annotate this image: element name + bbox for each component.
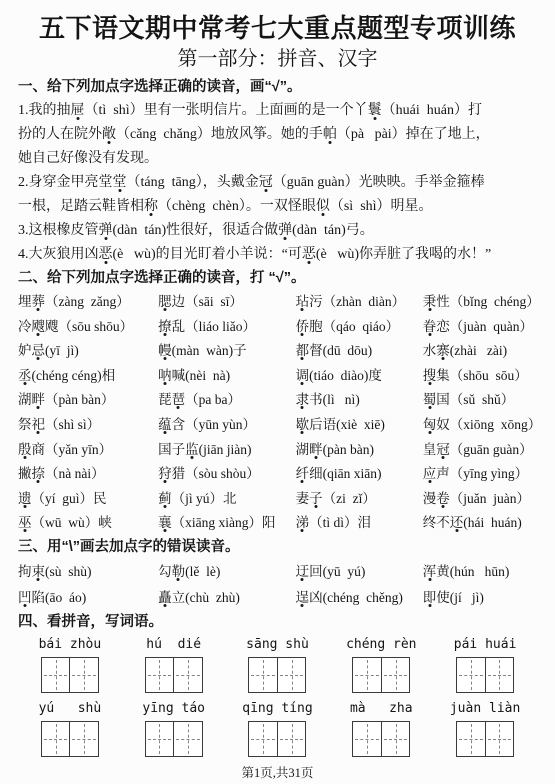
emphasis-dot-char: 帕: [323, 127, 337, 142]
writing-grid-cell: [249, 658, 277, 692]
emphasis-dot-char: 勒: [172, 564, 186, 579]
exercise-line: 1.我的抽屉（tì shì）里有一张明信片。上面画的是一个丫鬟（huái huá…: [18, 99, 537, 123]
writing-grid-cell: [485, 658, 514, 692]
word-choice-item: 即使(jí jì): [423, 585, 537, 611]
word-choice-item: 妒忌(yī jì): [18, 339, 158, 364]
section-one: 一、给下列加点字选择正确的读音，画“√”。 1.我的抽屉（tì shì）里有一张…: [18, 76, 537, 267]
writing-grid: [352, 721, 410, 757]
word-choice-item: 隶书(lì nì): [296, 388, 423, 413]
word-choice-item: 蓟（jì yú）北: [158, 487, 296, 512]
emphasis-dot-char: 屉: [71, 103, 85, 118]
emphasis-dot-char: 秉: [423, 294, 437, 309]
emphasis-dot-char: 鬟: [368, 103, 382, 118]
writing-grid-cell: [42, 722, 70, 756]
emphasis-dot-char: 卷: [436, 491, 450, 506]
writing-grid: [248, 721, 306, 757]
emphasis-dot-char: 寨: [436, 343, 450, 358]
pinyin-label: chéng rèn: [329, 636, 433, 654]
word-choice-item: 调(tiáo diào)度: [296, 364, 423, 389]
word-choice-item: 殷商（yǎn yīn）: [18, 438, 158, 463]
section-four: 四、看拼音，写词语。 bái zhòuhú diésāng shùchéng r…: [18, 611, 537, 764]
word-choice-item: 矗立(chù zhù): [158, 585, 296, 611]
emphasis-dot-char: 襄: [158, 515, 172, 530]
emphasis-dot-char: 称: [144, 199, 158, 214]
word-choice-item: 逞凶(chéng chěng): [296, 585, 423, 611]
emphasis-dot-char: 子: [309, 491, 323, 506]
emphasis-dot-char: 浑: [423, 564, 437, 579]
word-choice-item: 襄（xiāng xiàng）阳: [158, 511, 296, 536]
exercise-line: 扮的人在院外敞（cǎng chǎng）地放风筝。她的手帕（pà pài）掉在了地…: [18, 123, 537, 147]
emphasis-dot-char: 畔: [32, 392, 46, 407]
pinyin-label: pái huái: [433, 636, 537, 654]
pinyin-label: sāng shù: [226, 636, 330, 654]
writing-grid-cell: [173, 722, 202, 756]
emphasis-dot-char: 琶: [172, 392, 186, 407]
writing-grid: [145, 721, 203, 757]
emphasis-dot-char: 忌: [32, 343, 46, 358]
writing-grid-cell: [249, 722, 277, 756]
word-choice-item: 凹陷(āo áo): [18, 585, 158, 611]
emphasis-dot-char: 冠: [436, 442, 450, 457]
writing-grid: [145, 657, 203, 693]
word-choice-item: 眷恋（juàn quàn）: [423, 315, 537, 340]
emphasis-dot-char: 幔: [158, 343, 172, 358]
pinyin-label: bái zhòu: [18, 636, 122, 654]
emphasis-dot-char: 逞: [296, 590, 310, 605]
emphasis-dot-char: 调: [296, 368, 310, 383]
word-choice-item: 湖畔（pàn bàn）: [18, 388, 158, 413]
emphasis-dot-char: 迂: [296, 564, 310, 579]
emphasis-dot-char: 匈: [423, 417, 437, 432]
emphasis-dot-char: 即: [423, 590, 437, 605]
emphasis-dot-char: 监: [185, 442, 199, 457]
word-choice-item: 湖畔(pàn bàn): [296, 438, 423, 463]
word-choice-item: 应声（yīng yìng）: [423, 462, 537, 487]
word-choice-item: 涕（tì dì）泪: [296, 511, 423, 536]
word-choice-item: 妻子（zi zǐ）: [296, 487, 423, 512]
word-choice-item: 搜集（shōu sōu）: [423, 364, 537, 389]
word-choice-item: 浑黄(hún hūn): [423, 559, 537, 585]
writing-grid: [456, 721, 514, 757]
page-subtitle: 第一部分：拼音、汉字: [18, 46, 537, 72]
word-choice-item: 终不还(hái huán): [423, 511, 537, 536]
writing-grid: [41, 721, 99, 757]
emphasis-dot-char: 堂: [113, 175, 127, 190]
writing-grid-cell: [381, 722, 410, 756]
writing-grid: [248, 657, 306, 693]
emphasis-dot-char: 凹: [18, 590, 32, 605]
section-two: 二、给下列加点字选择正确的读音，打 “√”。 埋葬（zàng zǎng）腮边（s…: [18, 267, 537, 536]
word-choice-item: 撩乱（liáo liǎo）: [158, 315, 296, 340]
section-one-heading: 一、给下列加点字选择正确的读音，画“√”。: [18, 76, 537, 99]
word-choice-item: 埋葬（zàng zǎng）: [18, 290, 158, 315]
word-choice-item: 幔(màn wàn)子: [158, 339, 296, 364]
emphasis-dot-char: 搜: [423, 368, 437, 383]
word-choice-item: 侨胞（qáo qiáo）: [296, 315, 423, 340]
word-choice-item: 巫（wū wù）峡: [18, 511, 158, 536]
word-choice-item: 祭祀（shì sì）: [18, 413, 158, 438]
emphasis-dot-char: 纤: [296, 466, 310, 481]
word-choice-item: 都督(dū dōu): [296, 339, 423, 364]
pinyin-label: juàn liàn: [433, 700, 537, 718]
exercise-line: 3.这根橡皮管弹(dàn tán)性很好，很适合做弹(dàn tán)弓。: [18, 219, 537, 243]
emphasis-dot-char: 矗: [158, 590, 172, 605]
emphasis-dot-char: 弹: [278, 223, 292, 238]
writing-grid-cell: [457, 722, 485, 756]
emphasis-dot-char: 蕴: [158, 417, 172, 432]
word-choice-item: 漫卷（juǎn juàn）: [423, 487, 537, 512]
emphasis-dot-char: 呐: [158, 368, 172, 383]
section-two-grid: 埋葬（zàng zǎng）腮边（sāi sī）玷污（zhàn diàn）秉性（b…: [18, 290, 537, 536]
emphasis-dot-char: 蓟: [158, 491, 172, 506]
writing-grid-cell: [42, 658, 70, 692]
writing-grid-cell: [277, 658, 306, 692]
emphasis-dot-char: 歇: [296, 417, 310, 432]
page-number: 第1页,共31页: [18, 764, 537, 784]
emphasis-dot-char: 遗: [18, 491, 32, 506]
pinyin-row: bái zhòuhú diésāng shùchéng rènpái huái: [18, 636, 537, 654]
word-choice-item: 腮边（sāi sī）: [158, 290, 296, 315]
section-four-rows: bái zhòuhú diésāng shùchéng rènpái huáiy…: [18, 636, 537, 757]
pinyin-label: yú shù: [18, 700, 122, 718]
emphasis-dot-char: 殷: [18, 442, 32, 457]
pinyin-label: yīng táo: [122, 700, 226, 718]
writing-grid-row: [18, 657, 537, 693]
emphasis-dot-char: 弹: [99, 223, 113, 238]
word-choice-item: 勾勒(lě lè): [158, 559, 296, 585]
word-choice-item: 琵琶（pa ba）: [158, 388, 296, 413]
word-choice-item: 遗（yí guì）民: [18, 487, 158, 512]
writing-grid: [352, 657, 410, 693]
word-choice-item: 歇后语(xiè xiē): [296, 413, 423, 438]
word-choice-item: 秉性（bǐng chéng）: [423, 290, 537, 315]
writing-grid-cell: [69, 722, 98, 756]
word-choice-item: 匈奴（xiōng xōng）: [423, 413, 537, 438]
writing-grid-cell: [173, 658, 202, 692]
pinyin-label: qīng tíng: [226, 700, 330, 718]
emphasis-dot-char: 隶: [296, 392, 310, 407]
writing-grid: [456, 657, 514, 693]
emphasis-dot-char: 丞: [18, 368, 32, 383]
pinyin-label: mà zha: [329, 700, 433, 718]
writing-grid-cell: [277, 722, 306, 756]
emphasis-dot-char: 恶: [99, 247, 113, 262]
writing-grid-cell: [146, 658, 174, 692]
emphasis-dot-char: 祀: [32, 417, 46, 432]
emphasis-dot-char: 飕: [32, 319, 46, 334]
pinyin-row: yú shùyīng táoqīng tíngmà zhajuàn liàn: [18, 700, 537, 718]
writing-grid-cell: [485, 722, 514, 756]
worksheet-page: 五下语文期中常考七大重点题型专项训练 第一部分：拼音、汉字 一、给下列加点字选择…: [0, 0, 555, 784]
word-choice-item: 迂回(yū yú): [296, 559, 423, 585]
emphasis-dot-char: 巫: [18, 515, 32, 530]
word-choice-item: 拘束(sù shù): [18, 559, 158, 585]
emphasis-dot-char: 侨: [296, 319, 310, 334]
pinyin-label: hú dié: [122, 636, 226, 654]
word-choice-item: 国子监(jiān jiàn): [158, 438, 296, 463]
word-choice-item: 呐喊(nèi nà): [158, 364, 296, 389]
word-choice-item: 冷飕飕（sōu shōu）: [18, 315, 158, 340]
emphasis-dot-char: 应: [423, 466, 437, 481]
word-choice-item: 丞(chéng céng)相: [18, 364, 158, 389]
writing-grid-cell: [69, 658, 98, 692]
writing-grid-cell: [353, 722, 381, 756]
writing-grid: [41, 657, 99, 693]
emphasis-dot-char: 束: [32, 564, 46, 579]
word-choice-item: 皇冠（guān guàn）: [423, 438, 537, 463]
exercise-line: 2.身穿金甲亮堂堂（táng tāng），头戴金冠（guān guàn）光映映。…: [18, 171, 537, 195]
exercise-line: 一根，足踏云鞋皆相称（chèng chèn）。一双怪眼似（sì shì）明星。: [18, 195, 537, 219]
emphasis-dot-char: 狩: [158, 466, 172, 481]
section-two-heading: 二、给下列加点字选择正确的读音，打 “√”。: [18, 267, 537, 290]
writing-grid-cell: [457, 658, 485, 692]
word-choice-item: 玷污（zhàn diàn）: [296, 290, 423, 315]
emphasis-dot-char: 恶: [302, 247, 316, 262]
writing-grid-cell: [381, 658, 410, 692]
section-three-heading: 三、用“\”画去加点字的错误读音。: [18, 536, 537, 559]
word-choice-item: 蜀国（sǔ shǔ）: [423, 388, 537, 413]
word-choice-item: 狩猎（sòu shòu）: [158, 462, 296, 487]
emphasis-dot-char: 捺: [32, 466, 46, 481]
emphasis-dot-char: 玷: [296, 294, 310, 309]
writing-grid-cell: [353, 658, 381, 692]
section-three: 三、用“\”画去加点字的错误读音。 拘束(sù shù)勾勒(lě lè)迂回(…: [18, 536, 537, 611]
writing-grid-cell: [146, 722, 174, 756]
emphasis-dot-char: 都: [296, 343, 310, 358]
emphasis-dot-char: 敞: [102, 127, 116, 142]
emphasis-dot-char: 眷: [423, 319, 437, 334]
section-four-heading: 四、看拼音，写词语。: [18, 611, 537, 634]
word-choice-item: 蕴含（yūn yùn）: [158, 413, 296, 438]
emphasis-dot-char: 涕: [296, 515, 310, 530]
emphasis-dot-char: 还: [450, 515, 464, 530]
emphasis-dot-char: 撩: [158, 319, 172, 334]
emphasis-dot-char: 似: [316, 199, 330, 214]
word-choice-item: 纤细(qiān xiān): [296, 462, 423, 487]
writing-grid-row: [18, 721, 537, 757]
exercise-line: 4.大灰狼用凶恶(è wù)的目光盯着小羊说：“可恶(è wù)你弄脏了我喝的水…: [18, 243, 537, 267]
section-one-lines: 1.我的抽屉（tì shì）里有一张明信片。上面画的是一个丫鬟（huái huá…: [18, 99, 537, 267]
emphasis-dot-char: 蜀: [423, 392, 437, 407]
emphasis-dot-char: 冠: [259, 175, 273, 190]
section-three-grid: 拘束(sù shù)勾勒(lě lè)迂回(yū yú)浑黄(hún hūn)凹…: [18, 559, 537, 611]
page-title: 五下语文期中常考七大重点题型专项训练: [18, 12, 537, 44]
emphasis-dot-char: 腮: [158, 294, 172, 309]
word-choice-item: 水寨(zhài zài): [423, 339, 537, 364]
word-choice-item: 撇捺（nà nài）: [18, 462, 158, 487]
emphasis-dot-char: 葬: [32, 294, 46, 309]
emphasis-dot-char: 畔: [309, 442, 323, 457]
exercise-line: 她自己好像没有发现。: [18, 147, 537, 171]
